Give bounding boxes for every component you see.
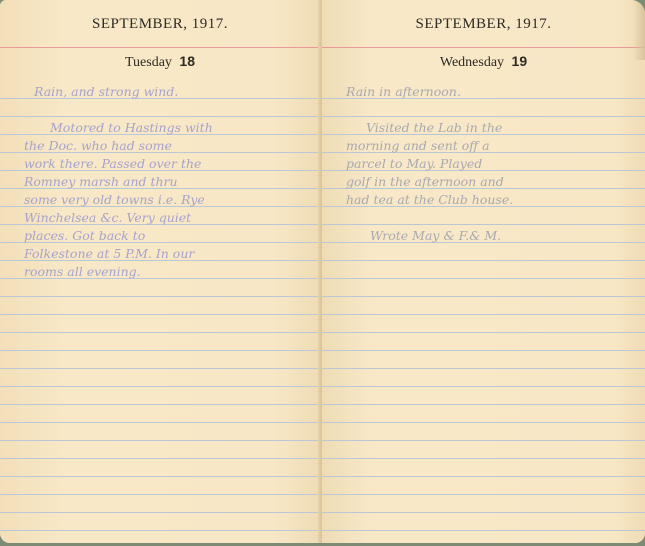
header-rule [0, 47, 320, 48]
weekday: Tuesday [125, 55, 172, 70]
entry-line: golf in the afternoon and [346, 173, 645, 191]
entry-line: morning and sent off a [346, 137, 645, 155]
entry-line [346, 101, 645, 119]
day-number: 18 [179, 53, 195, 69]
right-page: SEPTEMBER, 1917. Wednesday 19 Rain in af… [322, 0, 645, 543]
day-header: Tuesday 18 [0, 53, 320, 71]
left-page: SEPTEMBER, 1917. Tuesday 18 Rain, and st… [0, 0, 320, 543]
entry-line: Rain in afternoon. [346, 83, 645, 101]
entry-line: some very old towns i.e. Rye [24, 191, 320, 209]
month-header: SEPTEMBER, 1917. [322, 16, 645, 33]
entry-line: the Doc. who had some [24, 137, 320, 155]
entry-line: Winchelsea &c. Very quiet [24, 209, 320, 227]
handwritten-entry: Rain in afternoon. Visited the Lab in th… [322, 83, 645, 245]
entry-line: Wrote May & F.& M. [346, 227, 645, 245]
day-number: 19 [512, 53, 528, 69]
entry-line [34, 101, 320, 119]
diary-spread: SEPTEMBER, 1917. Tuesday 18 Rain, and st… [0, 0, 645, 543]
entry-line: parcel to May. Played [346, 155, 645, 173]
header-rule [322, 47, 645, 48]
entry-line: Visited the Lab in the [346, 119, 645, 137]
weekday: Wednesday [440, 55, 504, 70]
entry-line: had tea at the Club house. [346, 191, 645, 209]
entry-line: Folkestone at 5 P.M. In our [24, 245, 320, 263]
entry-line: Motored to Hastings with [34, 119, 320, 137]
entry-line [346, 209, 645, 227]
entry-line: Rain, and strong wind. [34, 83, 320, 101]
entry-line: places. Got back to [24, 227, 320, 245]
entry-line: rooms all evening. [24, 263, 320, 281]
month-header: SEPTEMBER, 1917. [0, 16, 320, 33]
entry-line: work there. Passed over the [24, 155, 320, 173]
handwritten-entry: Rain, and strong wind. Motored to Hastin… [0, 83, 320, 281]
entry-line: Romney marsh and thru [24, 173, 320, 191]
day-header: Wednesday 19 [322, 53, 645, 71]
page-edge-shadow [633, 0, 645, 60]
